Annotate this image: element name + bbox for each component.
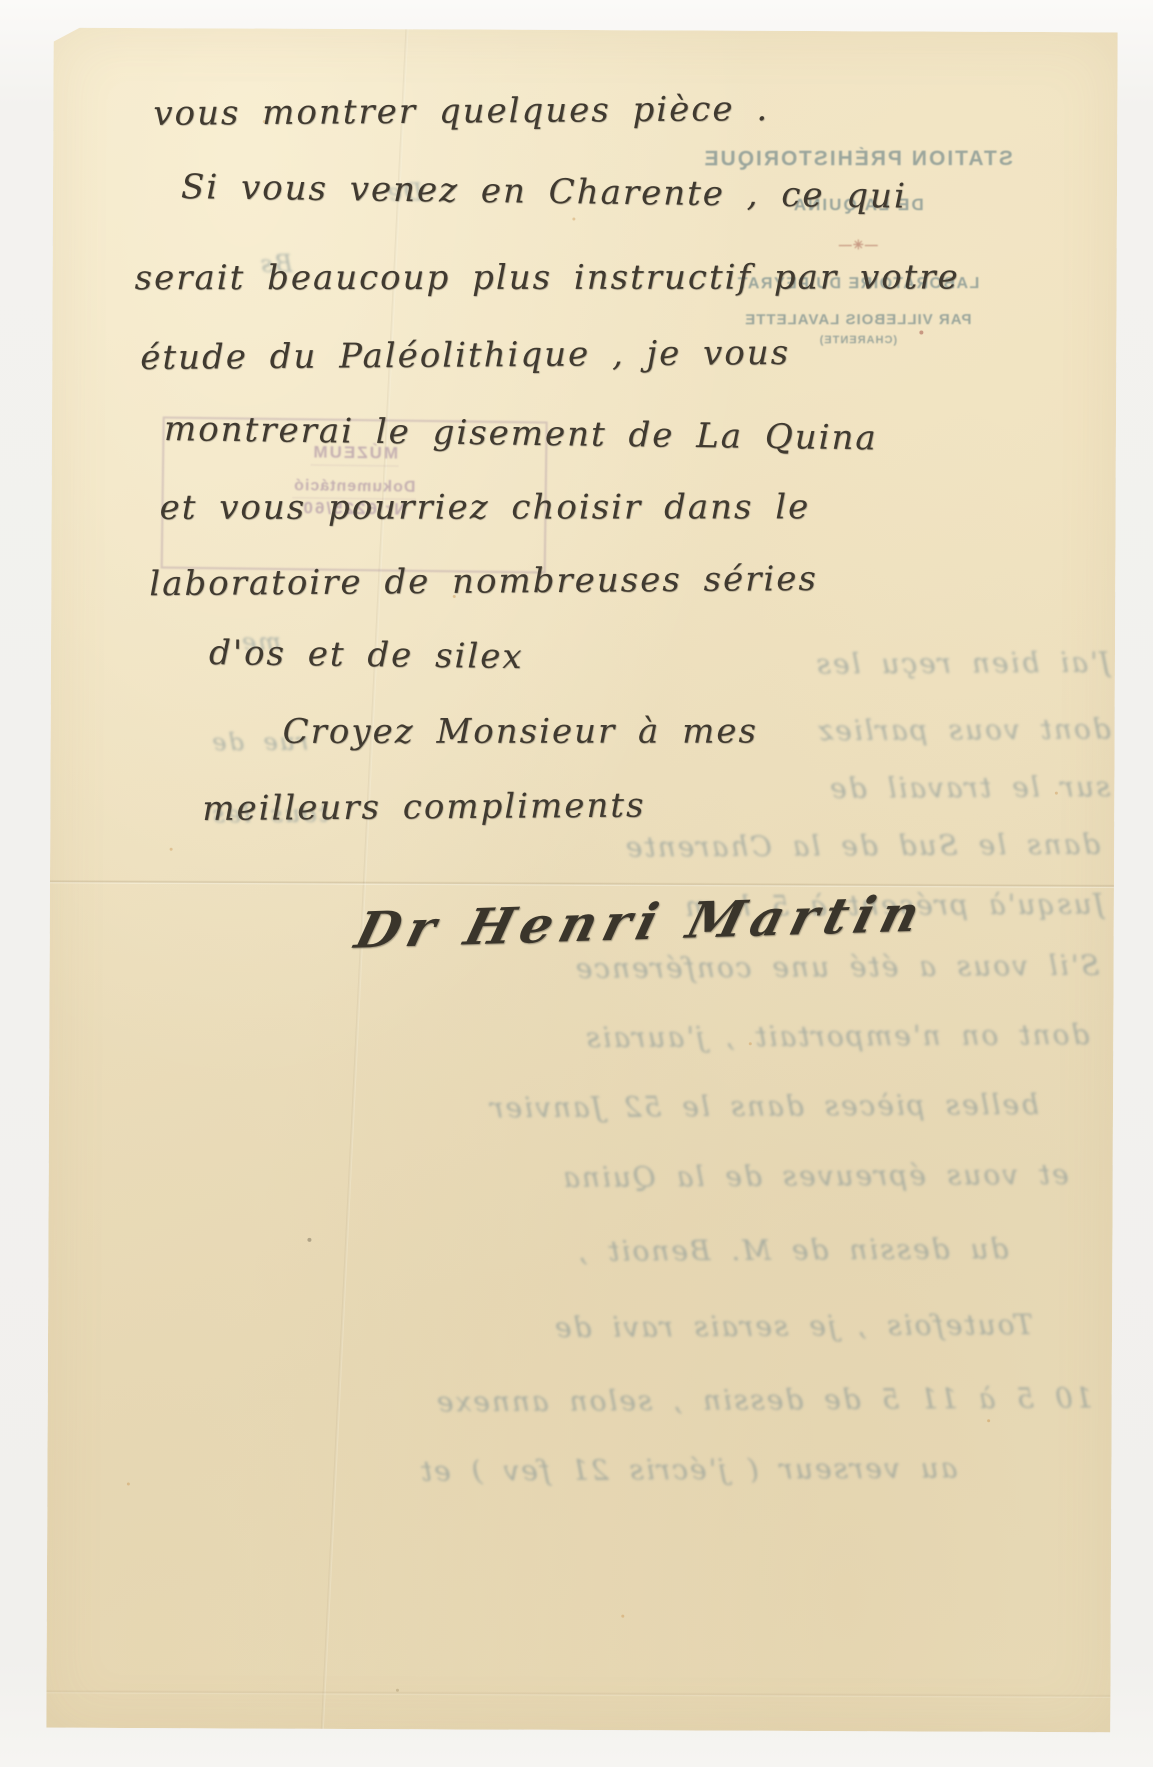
handwriting-line: d'os et de silex: [209, 633, 524, 677]
letter-page: STATION PRÉHISTORIQUE DE LA QUINA —✳— LA…: [46, 28, 1117, 1733]
letterhead-separator-ornament: —✳—: [663, 237, 1053, 253]
handwriting-line: et vous pourriez choisir dans le: [160, 487, 811, 528]
letterhead-villebois-line: PAR VILLEBOIS LAVALETTE: [663, 311, 1053, 328]
handwriting-line: vous montrer quelques pièce .: [153, 89, 769, 134]
handwriting-line: Si vous venez en Charente , ce qui: [181, 167, 907, 216]
handwriting-closing-line: meilleurs compliments: [202, 786, 645, 829]
signature: Dr Henri Martin: [350, 884, 933, 960]
bleedthrough-line: belles pièces dans le 52 Janvier: [269, 1088, 1039, 1126]
bleedthrough-line: J'ai bien reçu les: [811, 646, 1111, 681]
bleedthrough-line: 10 5 à 11 5 de dessin , selon annexe: [173, 1381, 1093, 1420]
handwriting-line: serait beaucoup plus instructif par votr…: [135, 257, 960, 298]
bleedthrough-line: sur le travail de: [700, 770, 1110, 806]
letterhead-station-line: STATION PRÉHISTORIQUE: [663, 147, 1053, 171]
handwriting-line: étude du Paléolithique , je vous: [140, 333, 790, 378]
bleedthrough-line: et vous épreuves de la Quina: [249, 1158, 1069, 1196]
handwriting-line: laboratoire de nombreuses séries: [149, 559, 818, 604]
bleedthrough-line: au verseur ( j'écris 21 fev ) et: [147, 1451, 957, 1489]
bleedthrough-line: Toutefois , je serais ravi de: [288, 1308, 1033, 1346]
bleedthrough-line: dont vous parliez: [761, 712, 1111, 747]
paper-speckles: [54, 28, 56, 30]
fold-crease-horizontal: [50, 880, 1114, 889]
bleedthrough-line: rue de: [109, 728, 309, 757]
handwriting-closing-line: Croyez Monsieur à mes: [283, 712, 758, 752]
scanner-background: { "letter": { "language": "French", "lin…: [0, 0, 1153, 1767]
fold-crease-horizontal-bottom: [46, 1690, 1110, 1699]
bleedthrough-line: dont on n'emportait , j'aurais: [299, 1018, 1089, 1056]
bleedthrough-line: dans le Sud de la Charente: [620, 828, 1100, 864]
bleedthrough-line: du dessin de M. Benoit ,: [318, 1232, 1008, 1269]
